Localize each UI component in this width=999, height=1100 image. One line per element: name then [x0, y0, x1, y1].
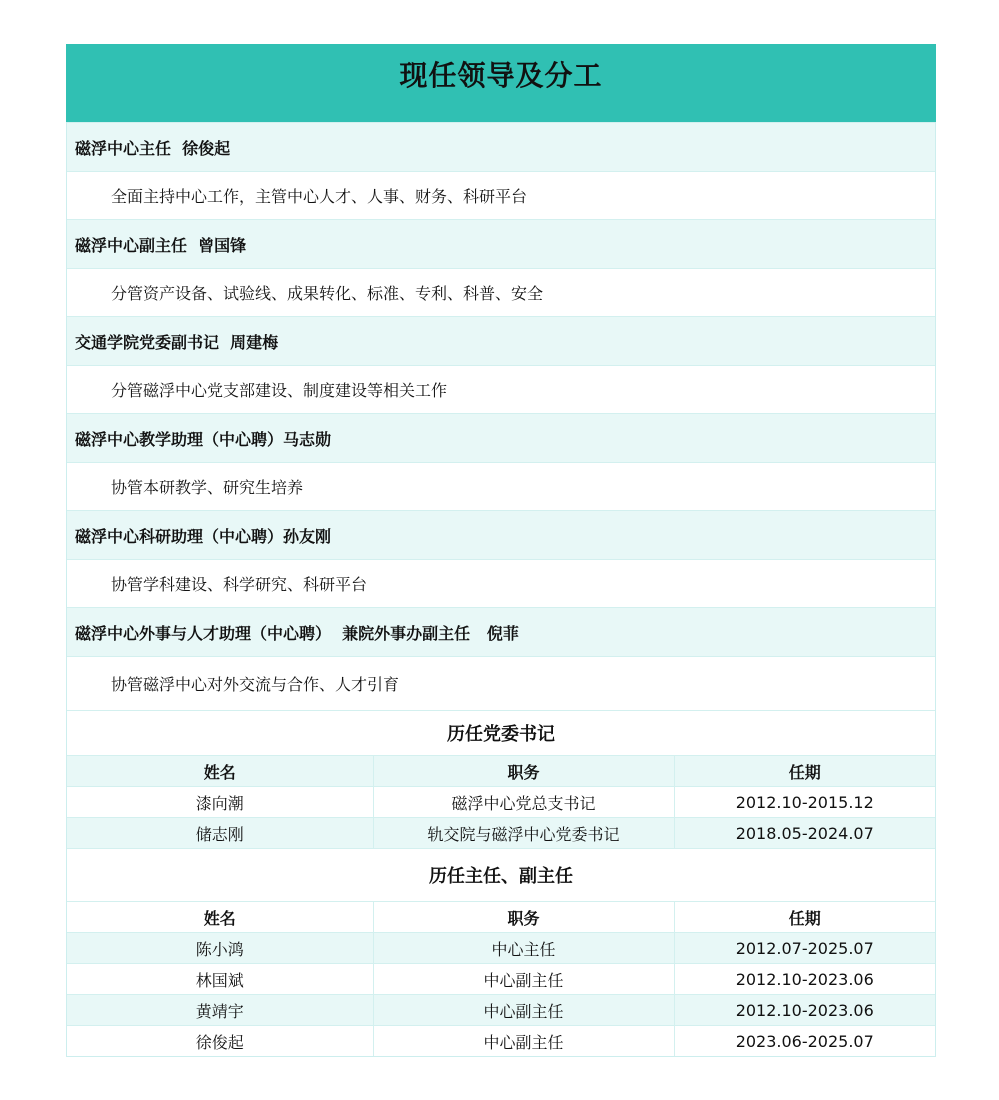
table-row: 黄靖宇 中心副主任 2012.10-2023.06 — [67, 995, 935, 1026]
column-header-term: 任期 — [674, 756, 935, 787]
cell-term: 2012.07-2025.07 — [674, 933, 935, 964]
leader-duty: 分管资产设备、试验线、成果转化、标准、专利、科普、安全 — [67, 268, 935, 316]
table-row: 陈小鸿 中心主任 2012.07-2025.07 — [67, 933, 935, 964]
cell-position: 中心主任 — [373, 933, 674, 964]
cell-position: 轨交院与磁浮中心党委书记 — [373, 818, 674, 849]
cell-name: 林国斌 — [67, 964, 373, 995]
leader-role: 磁浮中心教学助理（中心聘）马志勋 — [67, 413, 935, 462]
leader-role: 磁浮中心副主任 曾国锋 — [67, 219, 935, 268]
cell-term: 2012.10-2023.06 — [674, 964, 935, 995]
leader-role: 交通学院党委副书记 周建梅 — [67, 316, 935, 365]
cell-name: 黄靖宇 — [67, 995, 373, 1026]
party-secretaries-title: 历任党委书记 — [67, 710, 935, 755]
party-secretaries-table: 姓名 职务 任期 漆向潮 磁浮中心党总支书记 2012.10-2015.12 储… — [67, 755, 935, 848]
leader-duty: 全面主持中心工作，主管中心人才、人事、财务、科研平台 — [67, 171, 935, 219]
cell-term: 2012.10-2015.12 — [674, 787, 935, 818]
column-header-position: 职务 — [373, 756, 674, 787]
column-header-term: 任期 — [674, 902, 935, 933]
leader-duty: 协管磁浮中心对外交流与合作、人才引育 — [67, 656, 935, 710]
directors-title: 历任主任、副主任 — [67, 848, 935, 901]
table-header-row: 姓名 职务 任期 — [67, 756, 935, 787]
current-leaders-list: 磁浮中心主任 徐俊起 全面主持中心工作，主管中心人才、人事、财务、科研平台 磁浮… — [67, 122, 935, 710]
leader-role: 磁浮中心主任 徐俊起 — [67, 122, 935, 171]
cell-term: 2023.06-2025.07 — [674, 1026, 935, 1057]
title-banner: 现任领导及分工 — [66, 44, 936, 122]
cell-position: 中心副主任 — [373, 1026, 674, 1057]
leader-duty: 协管学科建设、科学研究、科研平台 — [67, 559, 935, 607]
column-header-name: 姓名 — [67, 756, 373, 787]
cell-name: 徐俊起 — [67, 1026, 373, 1057]
leader-duty: 协管本研教学、研究生培养 — [67, 462, 935, 510]
table-row: 林国斌 中心副主任 2012.10-2023.06 — [67, 964, 935, 995]
cell-term: 2018.05-2024.07 — [674, 818, 935, 849]
page-title: 现任领导及分工 — [399, 54, 602, 94]
table-row: 徐俊起 中心副主任 2023.06-2025.07 — [67, 1026, 935, 1057]
column-header-name: 姓名 — [67, 902, 373, 933]
column-header-position: 职务 — [373, 902, 674, 933]
cell-position: 中心副主任 — [373, 964, 674, 995]
leader-role: 磁浮中心外事与人才助理（中心聘） 兼院外事办副主任 倪菲 — [67, 607, 935, 656]
cell-name: 漆向潮 — [67, 787, 373, 818]
cell-name: 陈小鸿 — [67, 933, 373, 964]
table-row: 储志刚 轨交院与磁浮中心党委书记 2018.05-2024.07 — [67, 818, 935, 849]
leadership-page: 现任领导及分工 磁浮中心主任 徐俊起 全面主持中心工作，主管中心人才、人事、财务… — [66, 44, 936, 1057]
table-row: 漆向潮 磁浮中心党总支书记 2012.10-2015.12 — [67, 787, 935, 818]
directors-table: 姓名 职务 任期 陈小鸿 中心主任 2012.07-2025.07 林国斌 中心… — [67, 901, 935, 1056]
table-header-row: 姓名 职务 任期 — [67, 902, 935, 933]
leader-duty: 分管磁浮中心党支部建设、制度建设等相关工作 — [67, 365, 935, 413]
leader-role: 磁浮中心科研助理（中心聘）孙友刚 — [67, 510, 935, 559]
cell-name: 储志刚 — [67, 818, 373, 849]
cell-term: 2012.10-2023.06 — [674, 995, 935, 1026]
cell-position: 中心副主任 — [373, 995, 674, 1026]
cell-position: 磁浮中心党总支书记 — [373, 787, 674, 818]
